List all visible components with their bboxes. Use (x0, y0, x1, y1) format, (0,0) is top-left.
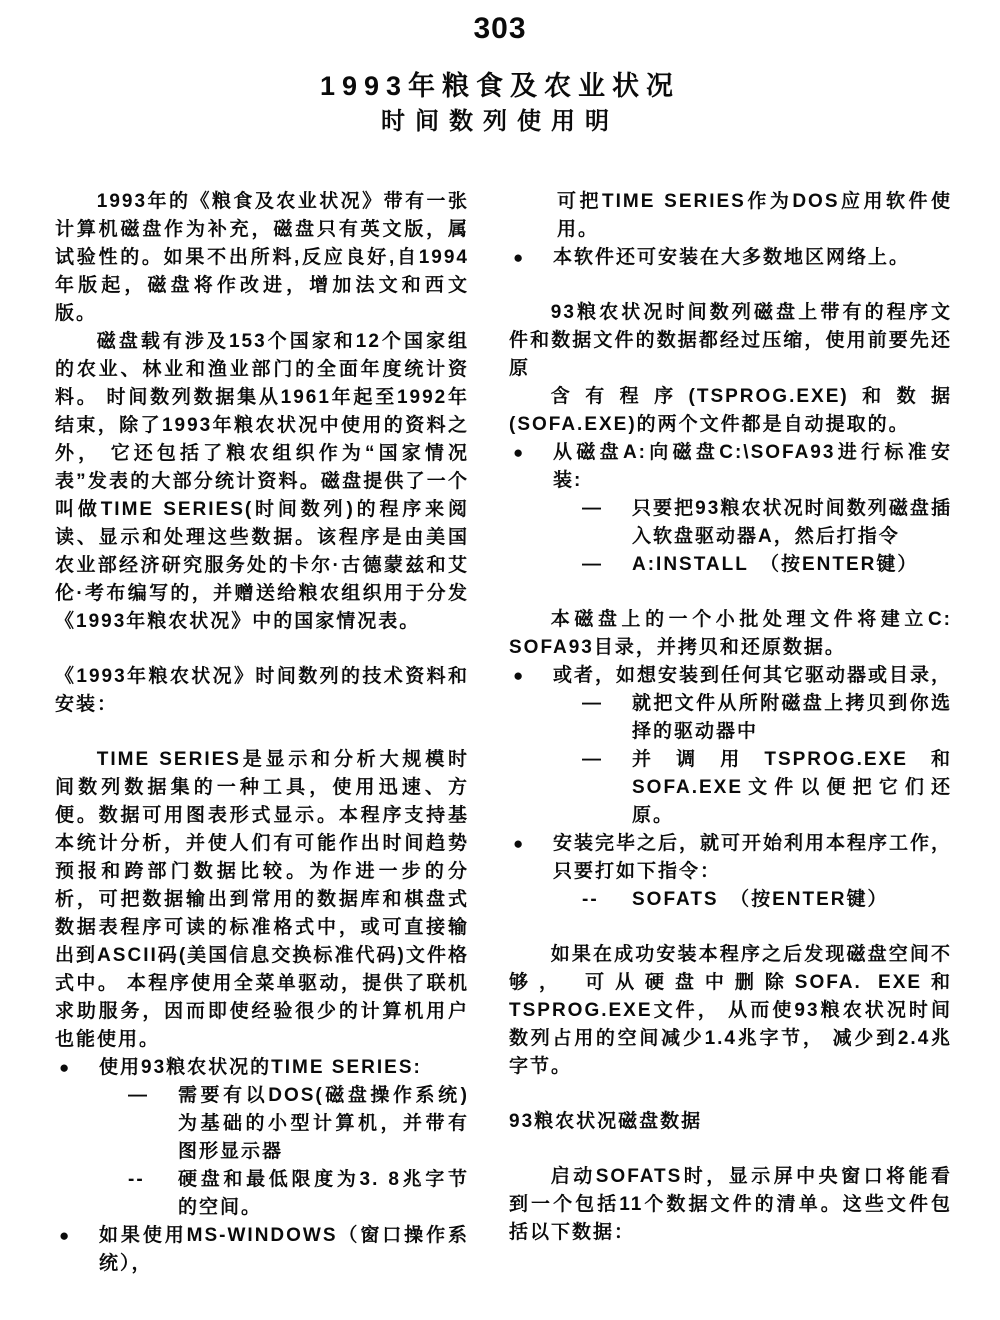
bullet-icon: ● (509, 830, 553, 886)
dash-icon: -- (128, 1166, 178, 1222)
page-number: 303 (0, 12, 1000, 46)
paragraph: 93粮农状况时间数列磁盘上带有的程序文件和数据文件的数据都经过压缩，使用前要先还… (509, 299, 952, 383)
dash-item: -- 硬盘和最低限度为3. 8兆字节的空间。 (55, 1166, 469, 1222)
bullet-icon: ● (509, 244, 553, 272)
dash-icon: — (582, 551, 632, 579)
bullet-item: ● 如果使用MS-WINDOWS（窗口操作系统）， (55, 1222, 469, 1278)
two-column-body: 1993年的《粮食及农业状况》带有一张计算机磁盘作为补充，磁盘只有英文版，属试验… (0, 188, 1000, 1278)
bullet-icon: ● (55, 1054, 99, 1082)
dash-icon: — (582, 690, 632, 746)
dash-icon: — (582, 746, 632, 830)
bullet-icon: ● (55, 1222, 99, 1278)
continuation-text: 可把TIME SERIES作为DOS应用软件使用。 (509, 188, 952, 244)
dash-item: — 并调用TSPROG.EXE和SOFA.EXE文件以便把它们还原。 (509, 746, 952, 830)
bullet-item: ● 使用93粮农状况的TIME SERIES: (55, 1054, 469, 1082)
dash-item: — 只要把93粮农状况时间数列磁盘插入软盘驱动器A，然后打指令 (509, 495, 952, 551)
dash-item-text: SOFATS （按ENTER键） (632, 886, 952, 914)
scanned-document-page: 303 1993年粮食及农业状况 时间数列使用明 1993年的《粮食及农业状况》… (0, 0, 1000, 1320)
dash-item-text: A:INSTALL （按ENTER键） (632, 551, 952, 579)
paragraph: 1993年的《粮食及农业状况》带有一张计算机磁盘作为补充，磁盘只有英文版，属试验… (55, 188, 469, 328)
section-heading: 93粮农状况磁盘数据 (509, 1108, 952, 1136)
section-heading: 《1993年粮农状况》时间数列的技术资料和安装： (55, 663, 469, 719)
bullet-item-text: 使用93粮农状况的TIME SERIES: (99, 1054, 469, 1082)
bullet-icon: ● (509, 662, 553, 690)
dash-icon: -- (582, 886, 632, 914)
paragraph: 如果在成功安装本程序之后发现磁盘空间不够， 可从硬盘中删除SOFA. EXE和T… (509, 941, 952, 1081)
dash-item-text: 硬盘和最低限度为3. 8兆字节的空间。 (178, 1166, 469, 1222)
document-title: 1993年粮食及农业状况 (0, 68, 1000, 104)
dash-icon: — (128, 1082, 178, 1166)
bullet-item: ● 或者，如想安装到任何其它驱动器或目录， (509, 662, 952, 690)
dash-icon: — (582, 495, 632, 551)
dash-item-text: 并调用TSPROG.EXE和SOFA.EXE文件以便把它们还原。 (632, 746, 952, 830)
paragraph: TIME SERIES是显示和分析大规模时间数列数据集的一种工具，使用迅速、方便… (55, 746, 469, 1054)
bullet-icon: ● (509, 439, 553, 495)
dash-item: — 需要有以DOS(磁盘操作系统) 为基础的小型计算机，并带有图形显示器 (55, 1082, 469, 1166)
paragraph: 磁盘载有涉及153个国家和12个国家组的农业、林业和渔业部门的全面年度统计资料。… (55, 328, 469, 636)
bullet-item: ● 从磁盘A:向磁盘C:\SOFA93进行标准安装: (509, 439, 952, 495)
dash-item: -- SOFATS （按ENTER键） (509, 886, 952, 914)
bullet-item-text: 或者，如想安装到任何其它驱动器或目录， (553, 662, 952, 690)
bullet-item-text: 从磁盘A:向磁盘C:\SOFA93进行标准安装: (553, 439, 952, 495)
paragraph: 本磁盘上的一个小批处理文件将建立C: SOFA93目录，并拷贝和还原数据。 (509, 606, 952, 662)
bullet-item-text: 本软件还可安装在大多数地区网络上。 (553, 244, 952, 272)
dash-item-text: 就把文件从所附磁盘上拷贝到你选择的驱动器中 (632, 690, 952, 746)
dash-item: — 就把文件从所附磁盘上拷贝到你选择的驱动器中 (509, 690, 952, 746)
paragraph: 启动SOFATS时，显示屏中央窗口将能看到一个包括11个数据文件的清单。这些文件… (509, 1163, 952, 1247)
right-column: 可把TIME SERIES作为DOS应用软件使用。 ● 本软件还可安装在大多数地… (509, 188, 952, 1278)
bullet-item: ● 本软件还可安装在大多数地区网络上。 (509, 244, 952, 272)
document-subtitle: 时间数列使用明 (0, 104, 1000, 140)
dash-item-text: 只要把93粮农状况时间数列磁盘插入软盘驱动器A，然后打指令 (632, 495, 952, 551)
bullet-item: ● 安装完毕之后，就可开始利用本程序工作，只要打如下指令： (509, 830, 952, 886)
bullet-item-text: 如果使用MS-WINDOWS（窗口操作系统）， (99, 1222, 469, 1278)
left-column: 1993年的《粮食及农业状况》带有一张计算机磁盘作为补充，磁盘只有英文版，属试验… (55, 188, 469, 1278)
paragraph: 含有程序(TSPROG.EXE)和数据(SOFA.EXE)的两个文件都是自动提取… (509, 383, 952, 439)
dash-item-text: 需要有以DOS(磁盘操作系统) 为基础的小型计算机，并带有图形显示器 (178, 1082, 469, 1166)
bullet-item-text: 安装完毕之后，就可开始利用本程序工作，只要打如下指令： (553, 830, 952, 886)
dash-item: — A:INSTALL （按ENTER键） (509, 551, 952, 579)
